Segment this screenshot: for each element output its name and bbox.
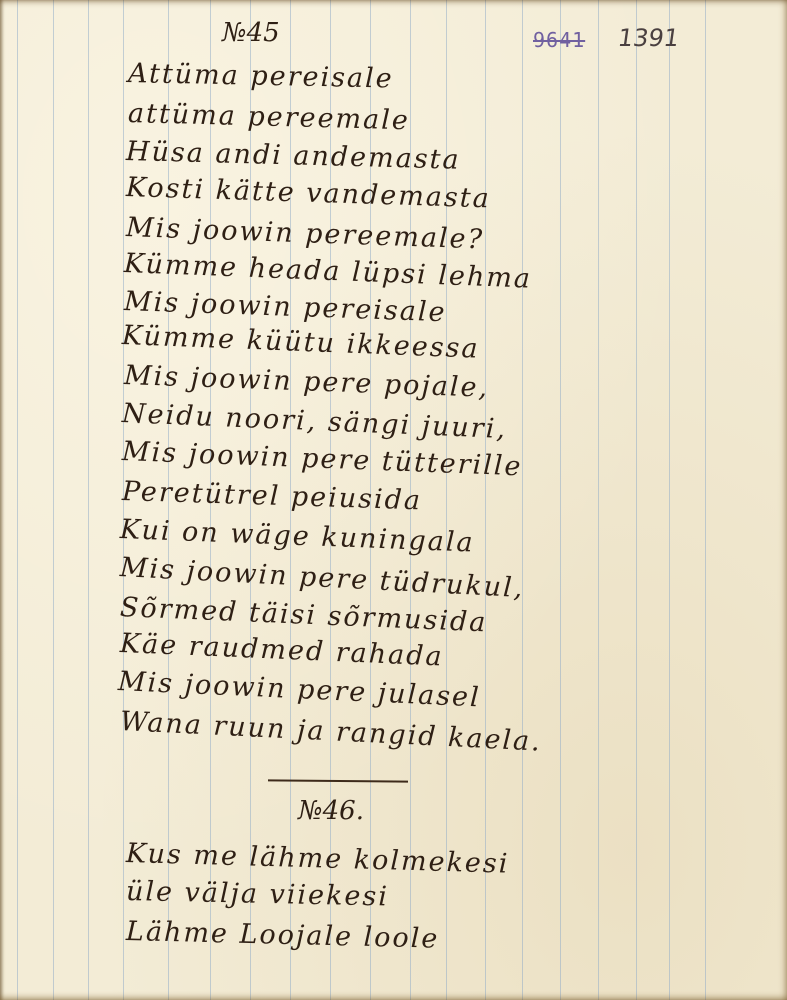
catalog-number: 9641 1391 (533, 28, 585, 52)
song-46-number: №46. (298, 796, 364, 826)
handwritten-catalog-number: 1391 (616, 24, 681, 52)
manuscript-page: 9641 1391 №45 Attüma pereisale attüma pe… (0, 0, 787, 1000)
stamped-catalog-number: 9641 (533, 28, 585, 52)
song-45-number: №45 (222, 18, 280, 48)
verse-line: Attüma pereisale (128, 58, 394, 95)
verse-line: üle välja viiekesi (126, 876, 390, 913)
